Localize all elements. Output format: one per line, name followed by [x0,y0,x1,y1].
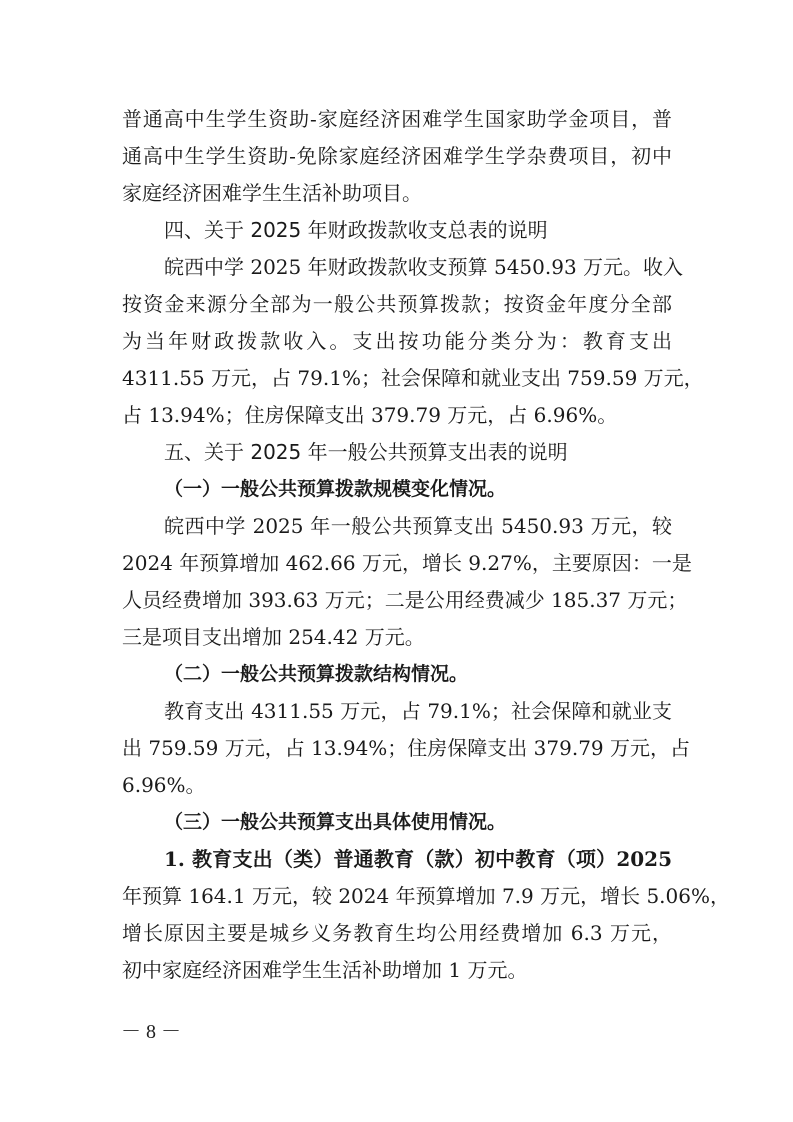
paragraph-line: 普通高中生学生资助-家庭经济困难学生国家助学金项目，普 [122,106,672,132]
paragraph-line: 4311.55 万元，占 79.1%；社会保障和就业支出 759.59 万元， [122,365,672,391]
paragraph-line: 为当年财政拨款收入。支出按功能分类分为：教育支出 [122,328,672,354]
paragraph-line: 占 13.94%；住房保障支出 379.79 万元，占 6.96%。 [122,402,672,428]
item-heading-1: 1. 教育支出（类）普通教育（款）初中教育（项）2025 [164,846,672,872]
paragraph-line: 皖西中学 2025 年财政拨款收支预算 5450.93 万元。收入 [164,254,672,280]
page-number: － 8 － [121,1015,181,1044]
paragraph-line: 增长原因主要是城乡义务教育生均公用经费增加 6.3 万元， [122,920,672,946]
paragraph-line: 年预算 164.1 万元，较 2024 年预算增加 7.9 万元，增长 5.06… [122,883,672,909]
paragraph-line: 教育支出 4311.55 万元，占 79.1%；社会保障和就业支 [164,698,672,724]
subsection-heading-3: （三）一般公共预算支出具体使用情况。 [164,809,672,835]
paragraph-line: 按资金来源分全部为一般公共预算拨款；按资金年度分全部 [122,291,672,317]
paragraph-line: 三是项目支出增加 254.42 万元。 [122,624,672,650]
paragraph-line: 6.96%。 [122,772,672,798]
paragraph-line: 初中家庭经济困难学生生活补助增加 1 万元。 [122,957,672,983]
section-heading-4: 四、关于 2025 年财政拨款收支总表的说明 [164,217,672,243]
paragraph-line: 皖西中学 2025 年一般公共预算支出 5450.93 万元，较 [164,513,672,539]
subsection-heading-2: （二）一般公共预算拨款结构情况。 [164,661,672,687]
paragraph-line: 人员经费增加 393.63 万元；二是公用经费减少 185.37 万元； [122,587,672,613]
section-heading-5: 五、关于 2025 年一般公共预算支出表的说明 [164,439,672,465]
paragraph-line: 出 759.59 万元，占 13.94%；住房保障支出 379.79 万元，占 [122,735,672,761]
paragraph-line: 通高中生学生资助-免除家庭经济困难学生学杂费项目，初中 [122,143,672,169]
paragraph-line: 家庭经济困难学生生活补助项目。 [122,180,672,206]
paragraph-line: 2024 年预算增加 462.66 万元，增长 9.27%，主要原因：一是 [122,550,672,576]
subsection-heading-1: （一）一般公共预算拨款规模变化情况。 [164,476,672,502]
